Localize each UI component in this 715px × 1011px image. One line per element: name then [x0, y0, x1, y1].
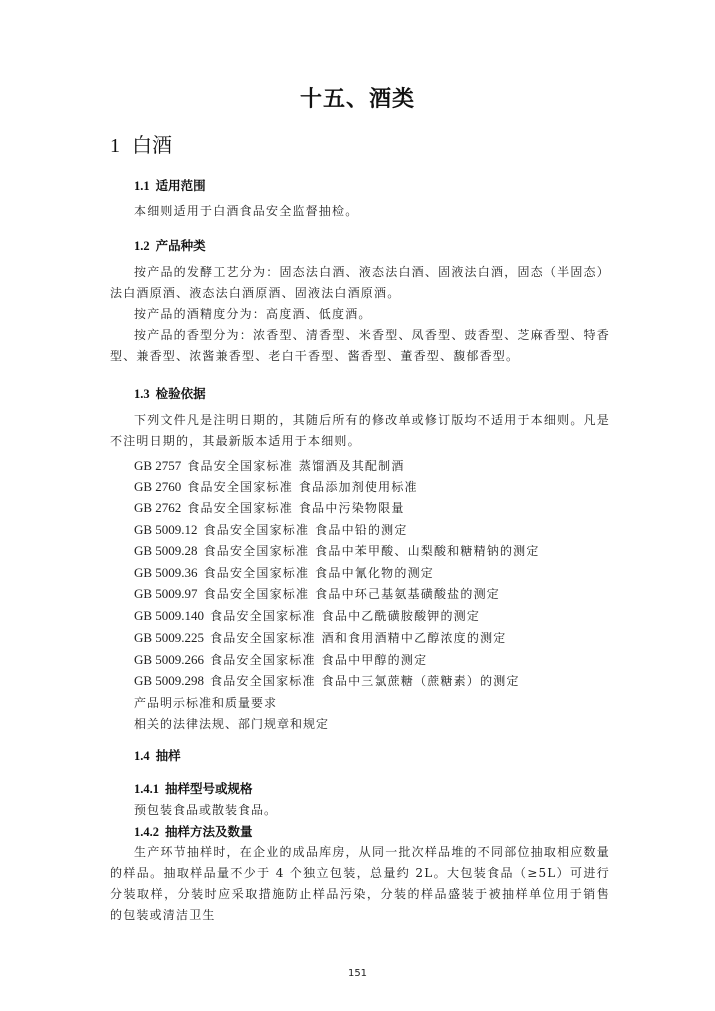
heading-1-4: 1.4抽样 [134, 746, 181, 764]
standard-name: 食品中污染物限量 [299, 501, 405, 515]
basis-extra-line: 产品明示标准和质量要求 [134, 694, 277, 711]
heading-text: 产品种类 [156, 238, 206, 253]
heading-number: 1.3 [134, 387, 150, 401]
heading-1-4-1: 1.4.1抽样型号或规格 [134, 779, 253, 797]
standard-name: 酒和食用酒精中乙醇浓度的测定 [322, 631, 507, 645]
standard-item: GB 5009.97食品安全国家标准食品中环己基氨基磺酸盐的测定 [134, 585, 500, 602]
section-title-text: 白酒 [132, 133, 172, 157]
standard-item: GB 2757食品安全国家标准蒸馏酒及其配制酒 [134, 457, 405, 474]
standard-code: GB 5009.12 [134, 522, 198, 537]
page-number: 151 [0, 968, 715, 979]
standard-item: GB 5009.36食品安全国家标准食品中氰化物的测定 [134, 564, 434, 581]
standard-code: GB 5009.140 [134, 608, 204, 623]
standard-org: 食品安全国家标准 [210, 609, 316, 623]
paragraph-sampling-method: 生产环节抽样时，在企业的成品库房，从同一批次样品堆的不同部位抽取相应数量的样品。… [110, 842, 610, 926]
heading-1-1: 1.1适用范围 [134, 176, 206, 194]
standard-name: 蒸馏酒及其配制酒 [299, 459, 405, 473]
standard-name: 食品中铅的测定 [315, 523, 407, 537]
paragraph-fermentation: 按产品的发酵工艺分为：固态法白酒、液态法白酒、固液法白酒，固态（半固态）法白酒原… [110, 262, 610, 304]
standard-code: GB 5009.36 [134, 565, 198, 580]
standard-org: 食品安全国家标准 [204, 523, 310, 537]
section-number: 1 [110, 135, 120, 157]
heading-number: 1.4.1 [134, 782, 159, 796]
standard-name: 食品中三氯蔗糖（蔗糖素）的测定 [322, 674, 520, 688]
standard-org: 食品安全国家标准 [210, 653, 316, 667]
paragraph-basis-intro: 下列文件凡是注明日期的，其随后所有的修改单或修订版均不适用于本细则。凡是不注明日… [110, 410, 610, 452]
paragraph-scope: 本细则适用于白酒食品安全监督抽检。 [110, 201, 610, 222]
heading-1-3: 1.3检验依据 [134, 384, 206, 402]
standard-name: 食品中环己基氨基磺酸盐的测定 [315, 587, 500, 601]
standard-code: GB 2757 [134, 458, 181, 473]
standard-item: GB 2762食品安全国家标准食品中污染物限量 [134, 499, 405, 516]
standard-item: GB 2760食品安全国家标准食品添加剂使用标准 [134, 478, 418, 495]
standard-item: GB 5009.28食品安全国家标准食品中苯甲酸、山梨酸和糖精钠的测定 [134, 542, 540, 559]
heading-1-4-2: 1.4.2抽样方法及数量 [134, 822, 253, 840]
standard-code: GB 5009.225 [134, 630, 204, 645]
heading-text: 抽样型号或规格 [165, 781, 253, 796]
standard-org: 食品安全国家标准 [204, 587, 310, 601]
standard-item: GB 5009.140食品安全国家标准食品中乙酰磺胺酸钾的测定 [134, 607, 480, 624]
standard-name: 食品中乙酰磺胺酸钾的测定 [322, 609, 480, 623]
standard-code: GB 5009.97 [134, 586, 198, 601]
standard-org: 食品安全国家标准 [210, 674, 316, 688]
standard-name: 食品中甲醇的测定 [322, 653, 428, 667]
standard-org: 食品安全国家标准 [187, 459, 293, 473]
standard-item: GB 5009.298食品安全国家标准食品中三氯蔗糖（蔗糖素）的测定 [134, 672, 520, 689]
standard-item: GB 5009.12食品安全国家标准食品中铅的测定 [134, 521, 408, 538]
standard-org: 食品安全国家标准 [204, 566, 310, 580]
heading-text: 抽样 [156, 748, 181, 763]
standard-org: 食品安全国家标准 [187, 480, 293, 494]
section-heading: 1白酒 [110, 129, 172, 158]
heading-number: 1.1 [134, 179, 150, 193]
standard-org: 食品安全国家标准 [204, 544, 310, 558]
standard-item: GB 5009.225食品安全国家标准酒和食用酒精中乙醇浓度的测定 [134, 629, 506, 646]
chapter-title: 十五、酒类 [0, 82, 715, 113]
standard-item: GB 5009.266食品安全国家标准食品中甲醇的测定 [134, 651, 427, 668]
paragraph-sample-type: 预包装食品或散装食品。 [134, 801, 277, 818]
standard-org: 食品安全国家标准 [187, 501, 293, 515]
document-page: 十五、酒类 1白酒 1.1适用范围 本细则适用于白酒食品安全监督抽检。 1.2产… [0, 0, 715, 1011]
paragraph-aroma-type: 按产品的香型分为：浓香型、清香型、米香型、凤香型、豉香型、芝麻香型、特香型、兼香… [110, 325, 610, 367]
heading-text: 检验依据 [156, 386, 206, 401]
heading-number: 1.2 [134, 239, 150, 253]
heading-1-2: 1.2产品种类 [134, 236, 206, 254]
heading-text: 适用范围 [156, 178, 206, 193]
paragraph-alcohol-content: 按产品的酒精度分为：高度酒、低度酒。 [110, 304, 610, 325]
standard-code: GB 2760 [134, 479, 181, 494]
standard-code: GB 5009.298 [134, 673, 204, 688]
basis-extra-line: 相关的法律法规、部门规章和规定 [134, 715, 329, 732]
standard-code: GB 5009.266 [134, 652, 204, 667]
standard-org: 食品安全国家标准 [210, 631, 316, 645]
heading-text: 抽样方法及数量 [165, 824, 253, 839]
standard-name: 食品中氰化物的测定 [315, 566, 434, 580]
standard-code: GB 2762 [134, 500, 181, 515]
heading-number: 1.4.2 [134, 825, 159, 839]
standard-code: GB 5009.28 [134, 543, 198, 558]
standard-name: 食品中苯甲酸、山梨酸和糖精钠的测定 [315, 544, 539, 558]
heading-number: 1.4 [134, 749, 150, 763]
standard-name: 食品添加剂使用标准 [299, 480, 418, 494]
